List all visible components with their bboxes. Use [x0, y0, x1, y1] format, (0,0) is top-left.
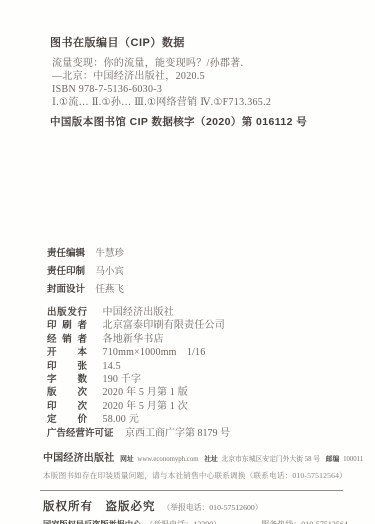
pub-row-price: 定价 58.00 元	[47, 413, 347, 426]
pub-label: 印刷者	[47, 319, 87, 332]
staff-label: 封面设计	[47, 281, 85, 298]
pub-value: 北京富泰印刷有限责任公司	[103, 320, 225, 331]
publisher-contact-line: 中国经济出版社 网址 www.economyph.com 社址 北京市东城区安定…	[43, 449, 347, 464]
website-value: www.economyph.com	[137, 456, 198, 463]
pub-label: 出版发行	[47, 306, 87, 319]
pub-row-format: 开本 710mm×1000mm 1/16	[47, 346, 347, 359]
cip-classification-line: Ⅰ.①流… Ⅱ.①孙… Ⅲ.①网络营销 Ⅳ.①F713.365.2	[52, 96, 347, 109]
pub-label: 版次	[47, 386, 87, 399]
pub-row-word-count: 字数 190 千字	[47, 373, 347, 386]
anti-piracy-phone: （举报电话：12390）	[145, 520, 221, 524]
copyright-bold-text: 版权所有 盗版必究	[43, 501, 156, 513]
address-label: 社址	[204, 456, 218, 463]
postcode-value: 100011	[343, 456, 363, 463]
copyright-page: 图书在版编目（CIP）数据 流量变现：你的流量，能变现吗？/孙郡著. —北京：中…	[0, 0, 375, 524]
service-hotline: 服务热线：010-57512564	[261, 520, 348, 524]
pub-value: 14.5	[103, 361, 121, 372]
staff-value: 牛慧珍	[95, 249, 124, 259]
staff-row-editor: 责任编辑 牛慧珍	[47, 245, 347, 263]
copyright-statement: 版权所有 盗版必究 （举报电话：010-57512600）	[43, 497, 347, 515]
cip-publisher-line: —北京：中国经济出版社，2020.5	[52, 70, 347, 83]
pub-label: 定价	[47, 413, 87, 426]
anti-piracy-line: 国家版权局反盗版举报中心 （举报电话：12390） 服务热线：010-57512…	[43, 519, 347, 524]
pub-row-sheets: 印张 14.5	[47, 360, 347, 373]
ad-license-label: 广告经营许可证	[47, 428, 114, 439]
pub-row-publisher: 出版发行 中国经济出版社	[47, 306, 347, 319]
staff-row-cover-design: 封面设计 任燕飞	[47, 281, 347, 299]
pub-value: 710mm×1000mm 1/16	[103, 347, 206, 358]
cip-title-line: 流量变现：你的流量，能变现吗？/孙郡著.	[52, 57, 347, 70]
cip-record-number: 中国版本图书馆 CIP 数据核字（2020）第 016112 号	[50, 114, 347, 129]
staff-label: 责任编辑	[47, 245, 85, 262]
staff-value: 马小宾	[95, 267, 124, 277]
pub-row-distributor: 经销者 各地新华书店	[47, 333, 347, 346]
pub-label: 印次	[47, 400, 87, 413]
cip-isbn-line: ISBN 978-7-5136-6030-3	[52, 83, 347, 96]
publisher-name: 中国经济出版社	[43, 453, 114, 464]
address-value: 北京市东城区安定门外大街 58 号	[222, 456, 321, 463]
pub-label: 经销者	[47, 333, 87, 346]
website-label: 网址	[120, 456, 134, 463]
cip-block: 流量变现：你的流量，能变现吗？/孙郡著. —北京：中国经济出版社，2020.5 …	[52, 57, 347, 109]
pub-value: 2020 年 5 月第 1 次	[103, 401, 189, 412]
pub-value: 中国经济出版社	[103, 307, 174, 318]
pub-row-printer: 印刷者 北京富泰印刷有限责任公司	[47, 319, 347, 332]
pub-label: 开本	[47, 346, 87, 359]
copyright-report-phone: （举报电话：010-57512600）	[163, 503, 263, 512]
pub-value: 2020 年 5 月第 1 版	[103, 387, 189, 398]
anti-piracy-center-name: 国家版权局反盗版举报中心	[43, 520, 141, 524]
pub-row-ad-license: 广告经营许可证 京西工商广字第 8179 号	[47, 427, 347, 440]
divider-line	[40, 490, 343, 491]
pub-value: 58.00 元	[103, 414, 139, 425]
pub-row-impression: 印次 2020 年 5 月第 1 次	[47, 400, 347, 413]
ad-license-value: 京西工商广字第 8179 号	[125, 428, 230, 439]
staff-label: 责任印制	[47, 263, 85, 280]
pub-value: 190 千字	[103, 374, 142, 385]
pub-value: 各地新华书店	[103, 334, 164, 345]
quality-note: 本版图书如存在印装质量问题，请与本社销售中心联系调换（联系电话：010-5751…	[43, 470, 347, 481]
staff-credits: 责任编辑 牛慧珍 责任印制 马小宾 封面设计 任燕飞	[47, 245, 347, 299]
pub-label: 字数	[47, 373, 87, 386]
staff-value: 任燕飞	[95, 285, 124, 295]
staff-row-printing: 责任印制 马小宾	[47, 263, 347, 281]
pub-label: 印张	[47, 360, 87, 373]
postcode-label: 邮编	[326, 456, 340, 463]
cip-header: 图书在版编目（CIP）数据	[50, 34, 347, 50]
pub-row-edition: 版次 2020 年 5 月第 1 版	[47, 386, 347, 399]
publication-specs: 出版发行 中国经济出版社 印刷者 北京富泰印刷有限责任公司 经销者 各地新华书店…	[47, 306, 347, 440]
